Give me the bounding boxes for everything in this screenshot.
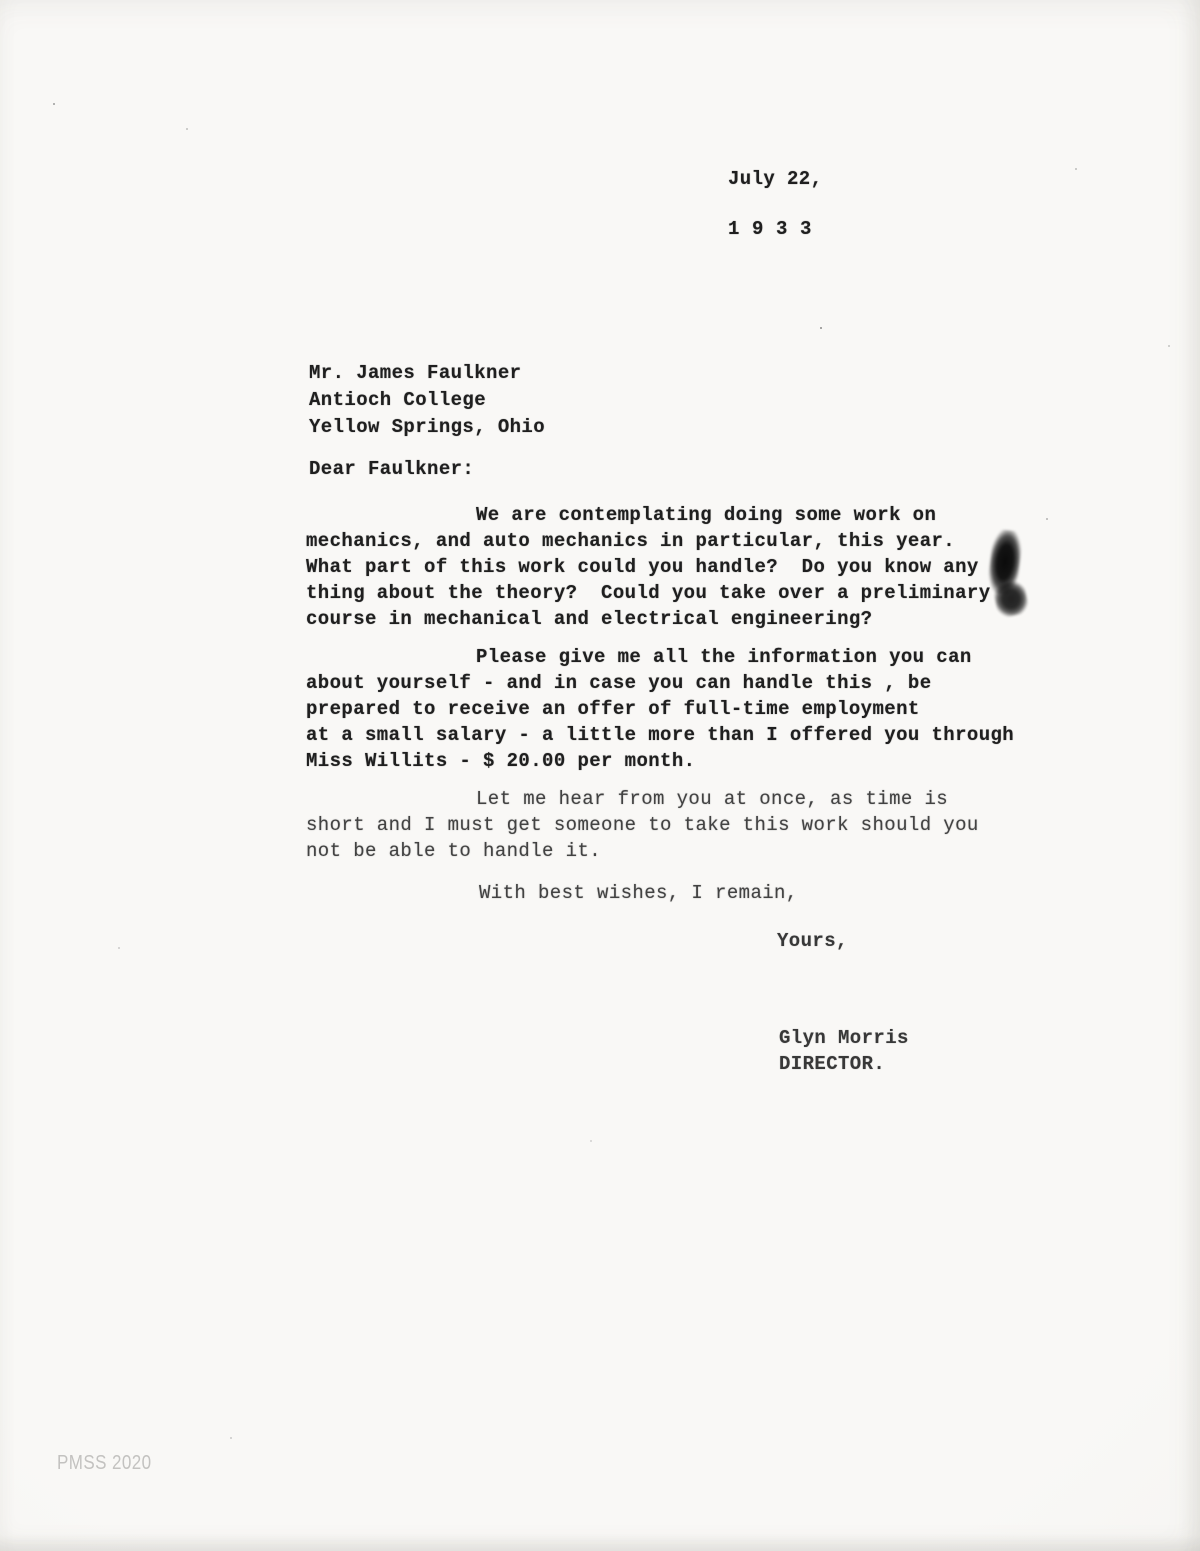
text-line: at a small salary - a little more than I…: [306, 722, 1014, 748]
text-line: about yourself - and in case you can han…: [306, 670, 1014, 696]
body-paragraph-1: We are contemplating doing some work on …: [306, 502, 991, 632]
paper-specks: [0, 0, 2, 2]
text-line: thing about the theory? Could you take o…: [306, 580, 991, 606]
ink-blot-stain: [982, 530, 1030, 622]
text-line: not be able to handle it.: [306, 838, 979, 864]
text-line: Miss Willits - $ 20.00 per month.: [306, 748, 1014, 774]
date-line: July 22,: [728, 166, 822, 192]
text-line: course in mechanical and electrical engi…: [306, 606, 991, 632]
date-year: 1 9 3 3: [728, 216, 822, 242]
date-block: July 22, 1 9 3 3: [728, 166, 822, 242]
text-line: We are contemplating doing some work on: [306, 502, 991, 528]
text-line: Let me hear from you at once, as time is: [306, 786, 979, 812]
valediction: Yours,: [777, 928, 848, 954]
letter-page: July 22, 1 9 3 3 Mr. James Faulkner Anti…: [0, 0, 1200, 1551]
signature-title: DIRECTOR.: [779, 1051, 885, 1077]
closing-line: With best wishes, I remain,: [479, 880, 798, 906]
recipient-address: Mr. James Faulkner Antioch College Yello…: [309, 360, 545, 441]
text-line: mechanics, and auto mechanics in particu…: [306, 528, 991, 554]
text-line: short and I must get someone to take thi…: [306, 812, 979, 838]
text-line: What part of this work could you handle?…: [306, 554, 991, 580]
recipient-org: Antioch College: [309, 387, 545, 414]
salutation: Dear Faulkner:: [309, 456, 474, 482]
text-line: prepared to receive an offer of full-tim…: [306, 696, 1014, 722]
watermark: PMSS 2020: [57, 1452, 152, 1475]
recipient-city: Yellow Springs, Ohio: [309, 414, 545, 441]
signature-name: Glyn Morris: [779, 1025, 909, 1051]
body-paragraph-2: Please give me all the information you c…: [306, 644, 1014, 774]
ink-blot-lower: [992, 579, 1030, 619]
recipient-name: Mr. James Faulkner: [309, 360, 545, 387]
text-line: Please give me all the information you c…: [306, 644, 1014, 670]
body-paragraph-3: Let me hear from you at once, as time is…: [306, 786, 979, 864]
